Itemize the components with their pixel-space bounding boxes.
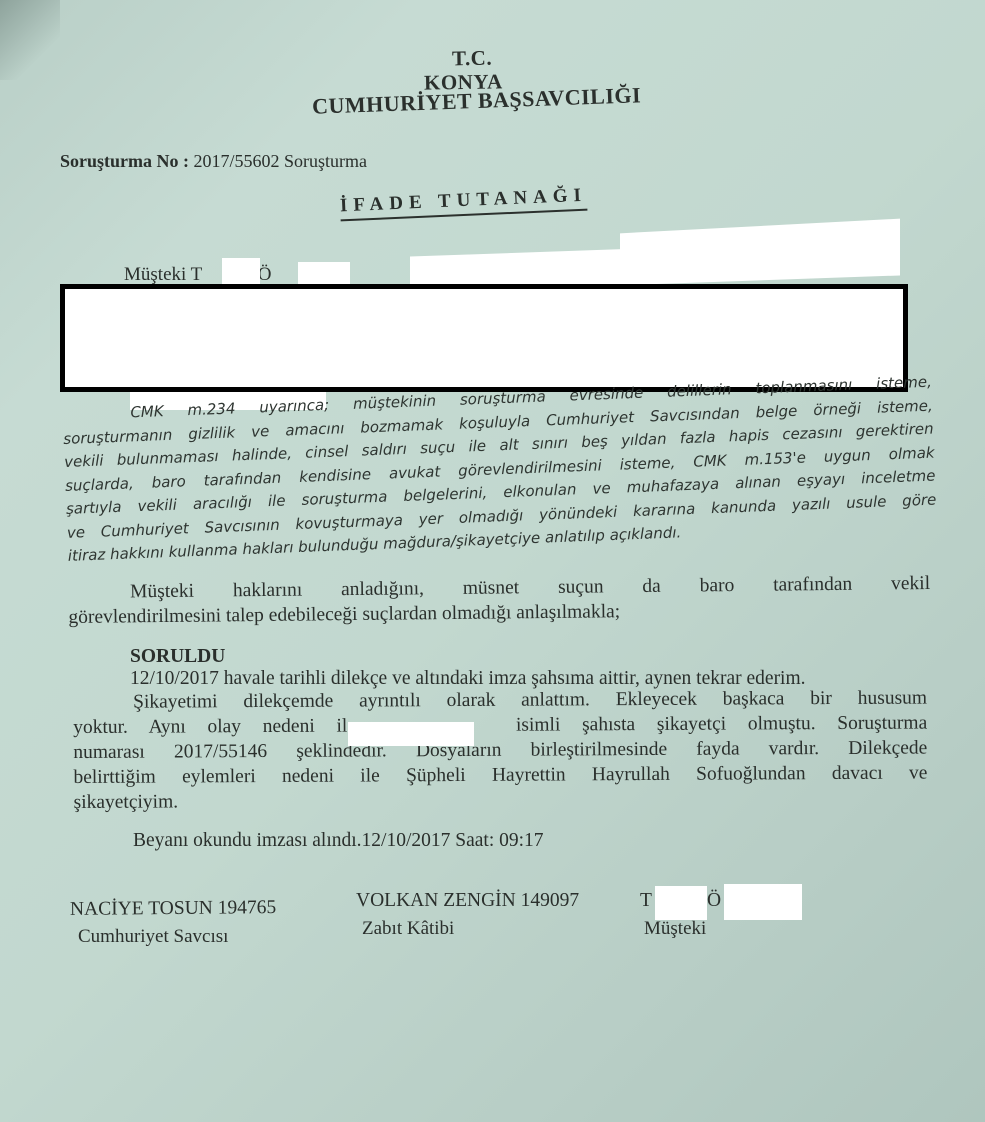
statement-line-part: isimli şahısta şikayetçi olmuştu. Soruşt… [516,713,927,736]
rights-paragraph: CMK m.234 uyarınca; müştekinin soruşturm… [62,371,938,569]
closing-line: Beyanı okundu imzası alındı.12/10/2017 S… [133,830,544,852]
redaction-signature-1 [655,886,707,920]
signature-prosecutor-role: Cumhuriyet Savcısı [78,926,228,948]
asked-heading: SORULDU [130,646,225,668]
investigation-value: 2017/55602 Soruşturma [194,151,368,171]
investigation-label: Soruşturma No : [60,151,189,171]
redaction-signature-2 [724,884,802,920]
paper-shadow [0,0,60,80]
signature-complainant-initial-1: T [640,890,652,912]
signature-clerk-role: Zabıt Kâtibi [362,918,454,940]
investigation-number: Soruşturma No : 2017/55602 Soruşturma [60,151,367,172]
statement-2: Şikayetimi dilekçemde ayrıntılı olarak a… [73,686,928,815]
document-title: İFADE TUTANAĞI [340,185,588,222]
redaction-person [348,722,474,746]
signature-complainant-role: Müşteki [644,918,706,940]
header-office: CUMHURİYET BAŞSAVCILIĞI [312,82,642,119]
statement-line: şikayetçiyim. [74,786,928,815]
complainant-prefix: Müşteki T [124,264,202,285]
signature-clerk-name: VOLKAN ZENGİN 149097 [356,890,579,912]
signature-prosecutor-name: NACİYE TOSUN 194765 [70,897,276,921]
signature-complainant-initial-2: Ö [707,890,721,912]
statement-line-part: yoktur. Aynı olay nedeni ile [73,716,356,738]
statement-line: belirttiğim eylemleri nedeni ile Şüpheli… [73,761,927,790]
header-country: T.C. [452,46,493,72]
understood-paragraph: Müşteki haklarını anladığını, müsnet suç… [68,571,930,630]
